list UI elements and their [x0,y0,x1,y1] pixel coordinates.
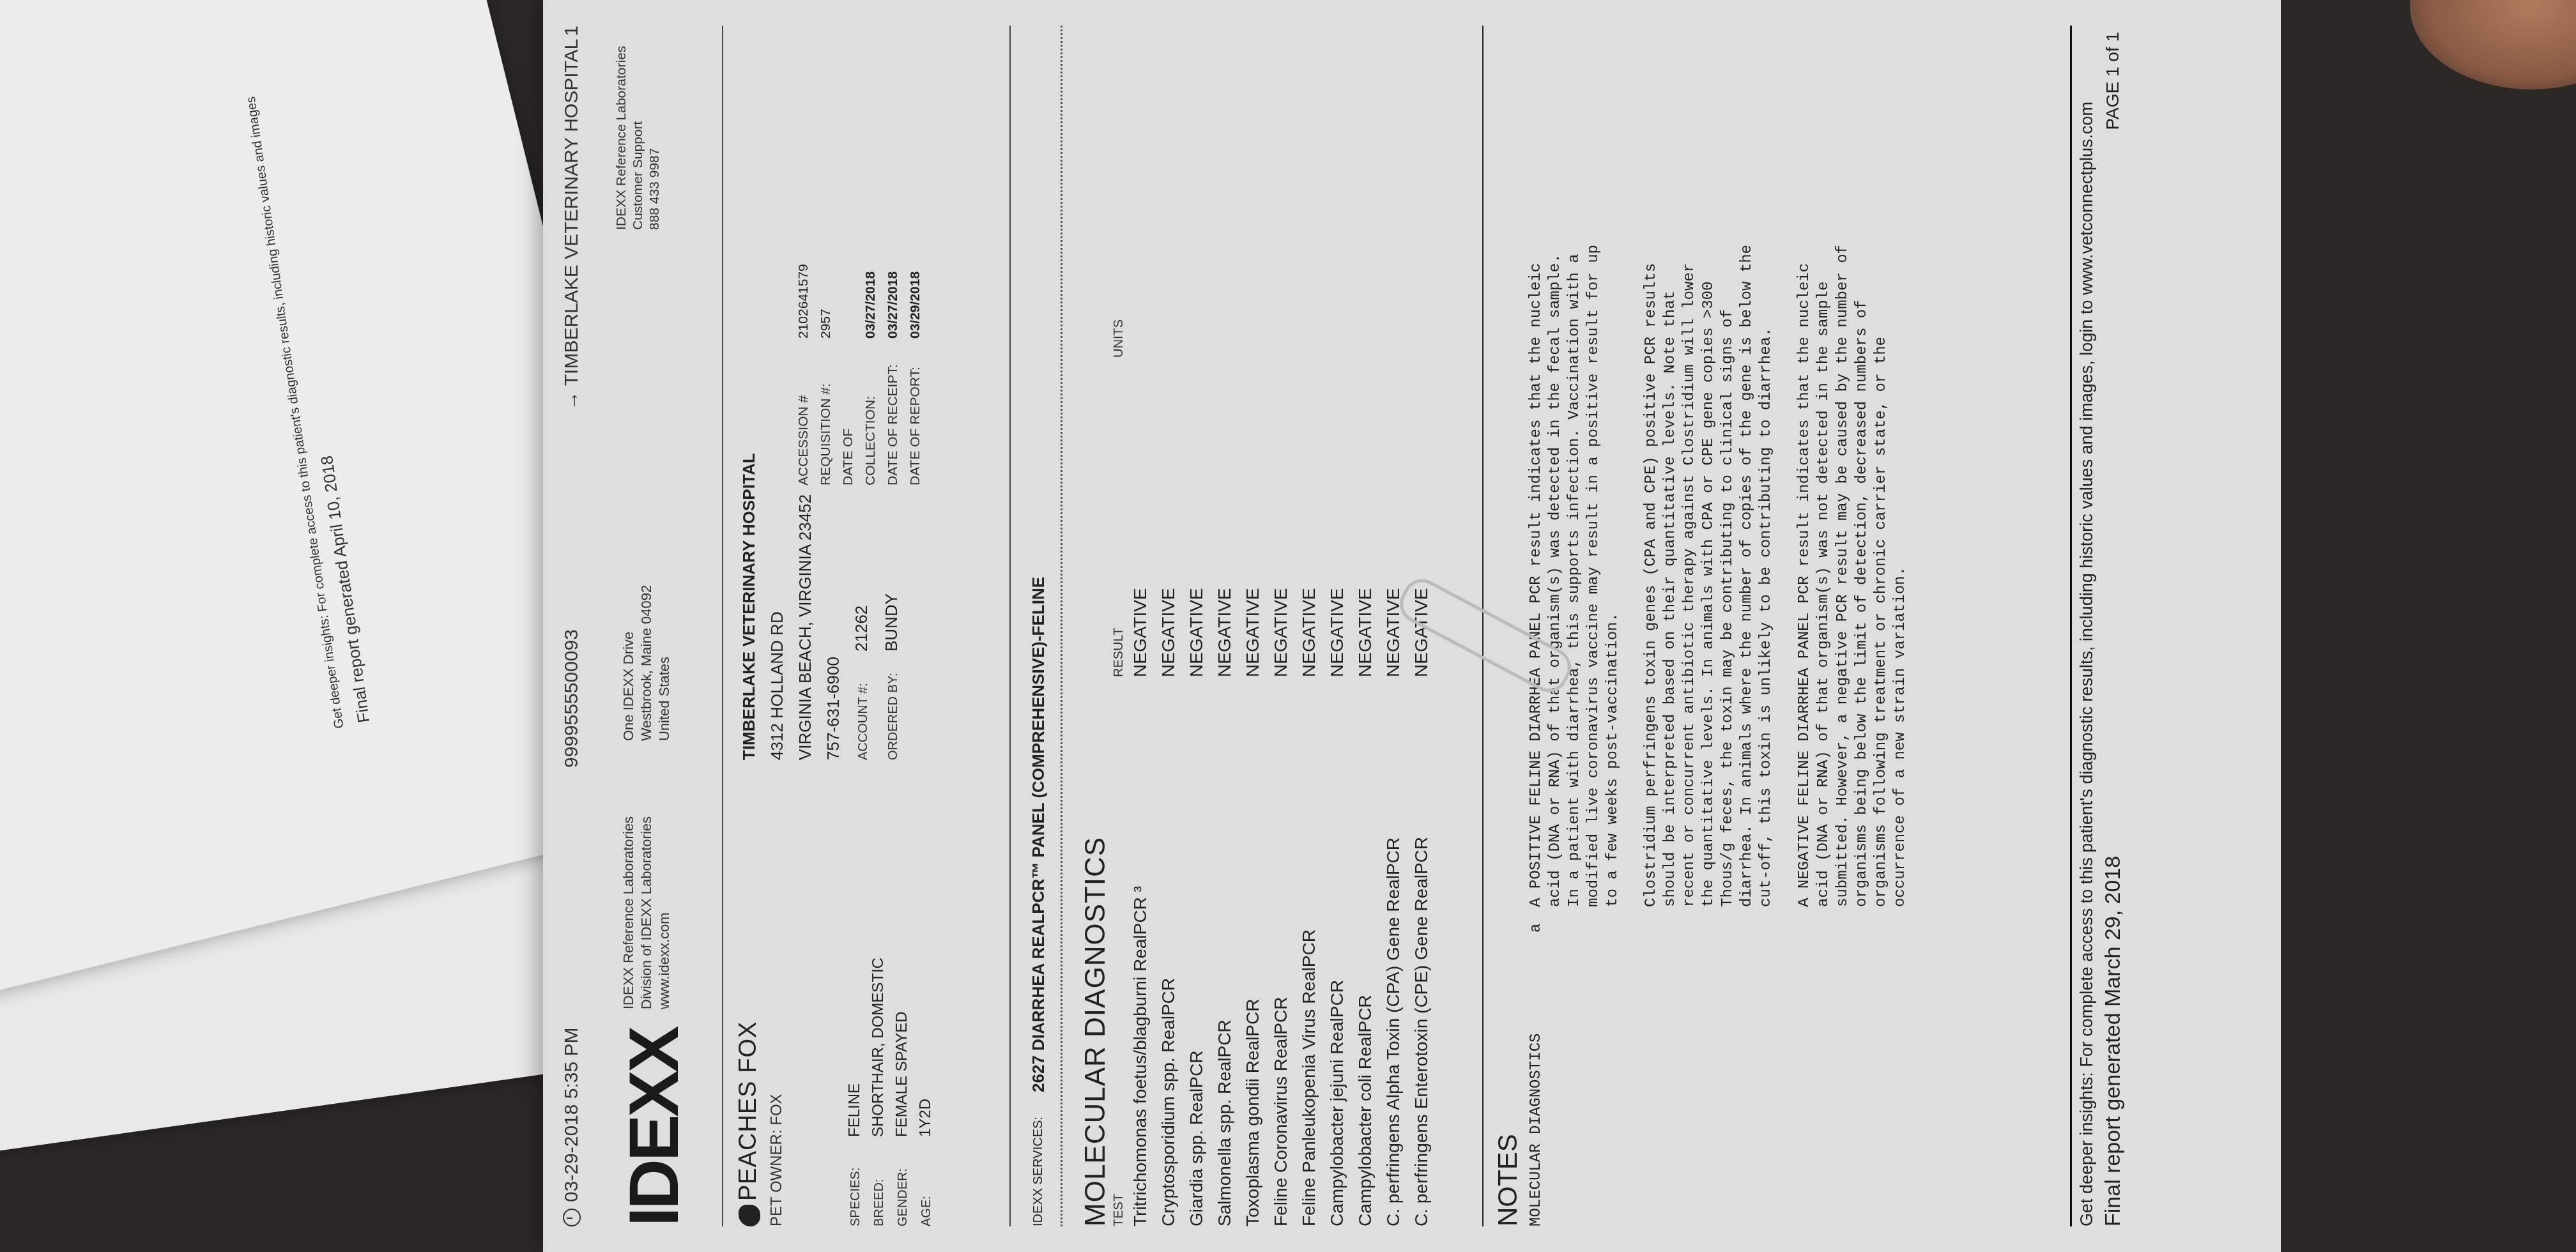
hospital-city: VIRGINIA BEACH, VIRGINIA 23452 [791,453,819,760]
test-result: NEGATIVE [1154,358,1183,715]
test-name: Toxoplasma gondii RealPCR [1239,715,1267,1226]
accession-row: ACCESSION #2102641579 [792,264,815,485]
species-row: SPECIES:FELINE [843,958,867,1226]
accession-label: ACCESSION # [792,339,815,485]
ordered-by-row: ORDERED BY:BUNDY [877,453,907,760]
test-name: Campylobacter coli RealPCR [1351,715,1379,1226]
hand-edge [2410,0,2576,89]
services-label: IDEXX SERVICES: [1031,1092,1046,1226]
test-result: NEGATIVE [1295,358,1323,715]
accession-value: 2102641579 [796,264,811,339]
page-number: PAGE 1 of 1 [2103,32,2123,130]
ordered-by-value: BUNDY [882,593,901,652]
test-name: Cryptosporidium spp. RealPCR [1154,715,1183,1226]
notes-paragraphs: A POSITIVE FELINE DIARRHEA PANEL PCR res… [1527,236,1929,907]
lab-address-line1: One IDEXX Drive [620,585,638,741]
results-rows: Tritrichomonas foetus/blagburni RealPCR … [1126,26,1436,1226]
result-row: Campylobacter jejuni RealPCRNEGATIVE [1323,26,1351,1226]
patient-section: PEACHES FOX PET OWNER: FOX SPECIES:FELIN… [728,26,1011,1226]
breed-label: BREED: [868,1137,891,1226]
lab-website: www.idexx.com [655,816,673,1009]
report-date-value: 03/29/2018 [908,271,923,339]
receipt-date-value: 03/27/2018 [885,271,900,339]
report-date-label: DATE OF REPORT: [904,339,926,485]
notes-marker: a [1527,907,1929,933]
results-header: TEST RESULT UNITS [1112,26,1126,1226]
ordered-by-label: ORDERED BY: [879,652,907,760]
notes-body: MOLECULAR DIAGNOSTICS a A POSITIVE FELIN… [1527,26,1929,1226]
lab-division: Division of IDEXX Laboratories [638,816,655,1009]
idexx-services: IDEXX SERVICES: 2627 DIARRHEA REALPCR™ P… [1016,26,1062,1226]
test-result: NEGATIVE [1351,358,1379,715]
customer-support: IDEXX Reference Laboratories Customer Su… [613,46,663,230]
hospital-info: TIMBERLAKE VETERINARY HOSPITAL 4312 HOLL… [735,453,907,760]
result-row: Giardia spp. RealPCRNEGATIVE [1183,26,1211,1226]
lab-address: One IDEXX Drive Westbrook, Maine 04092 U… [620,585,673,741]
patient-details: SPECIES:FELINE BREED:SHORTHAIR, DOMESTIC… [843,958,938,1226]
result-row: Feline Panleukopenia Virus RealPCRNEGATI… [1295,26,1323,1226]
results-title: MOLECULAR DIAGNOSTICS [1080,26,1112,1226]
support-lab-name: IDEXX Reference Laboratories [613,46,630,230]
lab-address-line2: Westbrook, Maine 04092 [638,585,655,741]
accession-info: ACCESSION #2102641579 REQUISITION #:2957… [792,264,926,485]
test-name: C. perfringens Enterotoxin (CPE) Gene Re… [1407,715,1436,1226]
collection-date-row: DATE OF COLLECTION:03/27/2018 [837,264,882,485]
test-name: Giardia spp. RealPCR [1183,715,1211,1226]
fax-recipient: → TIMBERLAKE VETERINARY HOSPITAL [561,36,583,410]
test-result: NEGATIVE [1323,358,1351,715]
col-units: UNITS [1112,230,1126,358]
idexx-logo: IDEXX [613,1028,694,1226]
footer-generated: Final report generated March 29, 2018 [2101,26,2126,1226]
age-value: 1Y2D [917,1099,934,1137]
test-name: Tritrichomonas foetus/blagburni RealPCR … [1126,715,1154,1226]
result-row: Campylobacter coli RealPCRNEGATIVE [1351,26,1379,1226]
test-name: Feline Panleukopenia Virus RealPCR [1295,715,1323,1226]
age-row: AGE:1Y2D [914,958,938,1226]
breed-row: BREED:SHORTHAIR, DOMESTIC [867,958,891,1226]
top-sheet-insight: Get deeper insights: For complete access… [244,96,348,729]
note-positive: A POSITIVE FELINE DIARRHEA PANEL PCR res… [1527,236,1623,907]
collection-date-value: 03/27/2018 [863,271,878,339]
gender-row: GENDER:FEMALE SPAYED [891,958,914,1226]
test-name: C. perfringens Alpha Toxin (CPA) Gene Re… [1379,715,1407,1226]
clock-icon [563,1209,581,1226]
gender-value: FEMALE SPAYED [893,1012,910,1138]
support-label: Customer Support [630,46,647,230]
account-value: 21262 [852,606,871,652]
species-value: FELINE [846,1083,863,1137]
test-result: NEGATIVE [1211,358,1239,715]
note-clostridium: Clostridium perfringens toxin genes (CPA… [1642,236,1776,907]
result-row: Feline Coronavirus RealPCRNEGATIVE [1267,26,1295,1226]
result-row: Cryptosporidium spp. RealPCRNEGATIVE [1154,26,1183,1226]
col-result: RESULT [1112,358,1126,715]
receipt-date-row: DATE OF RECEIPT:03/27/2018 [882,264,904,485]
lab-name: IDEXX Reference Laboratories [620,816,638,1009]
collection-date-label: DATE OF COLLECTION: [837,339,882,485]
result-row: Salmonella spp. RealPCRNEGATIVE [1211,26,1239,1226]
support-phone: 888 433 9987 [647,46,663,230]
services-value: 2627 DIARRHEA REALPCR™ PANEL (COMPREHENS… [1029,577,1048,1092]
requisition-row: REQUISITION #:2957 [815,264,837,485]
lab-header: IDEXX IDEXX Reference Laboratories Divis… [601,26,723,1226]
col-test: TEST [1112,715,1126,1226]
fax-timestamp: 03-29-2018 5:35 PM [561,768,583,1202]
test-result: NEGATIVE [1183,358,1211,715]
footer-insight: Get deeper insights: For complete access… [2077,26,2097,1226]
species-label: SPECIES: [844,1137,867,1226]
age-label: AGE: [915,1137,938,1226]
test-result: NEGATIVE [1267,358,1295,715]
results-section: MOLECULAR DIAGNOSTICS TEST RESULT UNITS … [1073,26,1436,1226]
test-result: NEGATIVE [1379,358,1407,715]
receipt-date-label: DATE OF RECEIPT: [882,339,904,485]
pet-owner: PET OWNER: FOX [768,1094,786,1226]
test-name: Feline Coronavirus RealPCR [1267,715,1295,1226]
report-document: 03-29-2018 5:35 PM 9999555500093 → TIMBE… [543,0,2204,1252]
note-negative: A NEGATIVE FELINE DIARRHEA PANEL PCR res… [1795,236,1910,907]
report-date-row: DATE OF REPORT:03/29/2018 [904,264,926,485]
page-marker: 1 [561,26,583,36]
fax-header: 03-29-2018 5:35 PM 9999555500093 → TIMBE… [556,26,588,1226]
test-result: NEGATIVE [1239,358,1267,715]
pet-owner-value: FOX [768,1094,785,1125]
fax-number: 9999555500093 [561,410,583,768]
account-label: ACCOUNT #: [849,652,877,760]
gender-label: GENDER: [891,1137,914,1226]
test-result: NEGATIVE [1407,358,1436,715]
hospital-phone: 757-631-6900 [819,453,847,760]
pet-name: PEACHES FOX [735,1021,762,1226]
notes-section-label: MOLECULAR DIAGNOSTICS [1527,933,1929,1226]
pet-name-text: PEACHES FOX [735,1021,762,1201]
report-footer: Get deeper insights: For complete access… [2070,26,2126,1226]
account-row: ACCOUNT #:21262 [847,453,877,760]
lab-report-sheet: 03-29-2018 5:35 PM 9999555500093 → TIMBE… [543,0,2281,1252]
lab-info: IDEXX Reference Laboratories Division of… [620,816,673,1009]
result-row: Tritrichomonas foetus/blagburni RealPCR … [1126,26,1154,1226]
cat-icon [739,1205,760,1226]
requisition-value: 2957 [818,309,833,339]
result-row: C. perfringens Alpha Toxin (CPA) Gene Re… [1379,26,1407,1226]
test-name: Salmonella spp. RealPCR [1211,715,1239,1226]
pet-owner-label: PET OWNER: [768,1129,785,1226]
requisition-label: REQUISITION #: [815,339,837,485]
breed-value: SHORTHAIR, DOMESTIC [870,958,887,1137]
lab-country: United States [655,585,673,741]
result-row: Toxoplasma gondii RealPCRNEGATIVE [1239,26,1267,1226]
test-name: Campylobacter jejuni RealPCR [1323,715,1351,1226]
notes-section: NOTES MOLECULAR DIAGNOSTICS a A POSITIVE… [1482,26,1929,1226]
hospital-name: TIMBERLAKE VETERINARY HOSPITAL [735,453,763,760]
test-result: NEGATIVE [1126,358,1154,715]
hospital-street: 4312 HOLLAND RD [763,453,791,760]
